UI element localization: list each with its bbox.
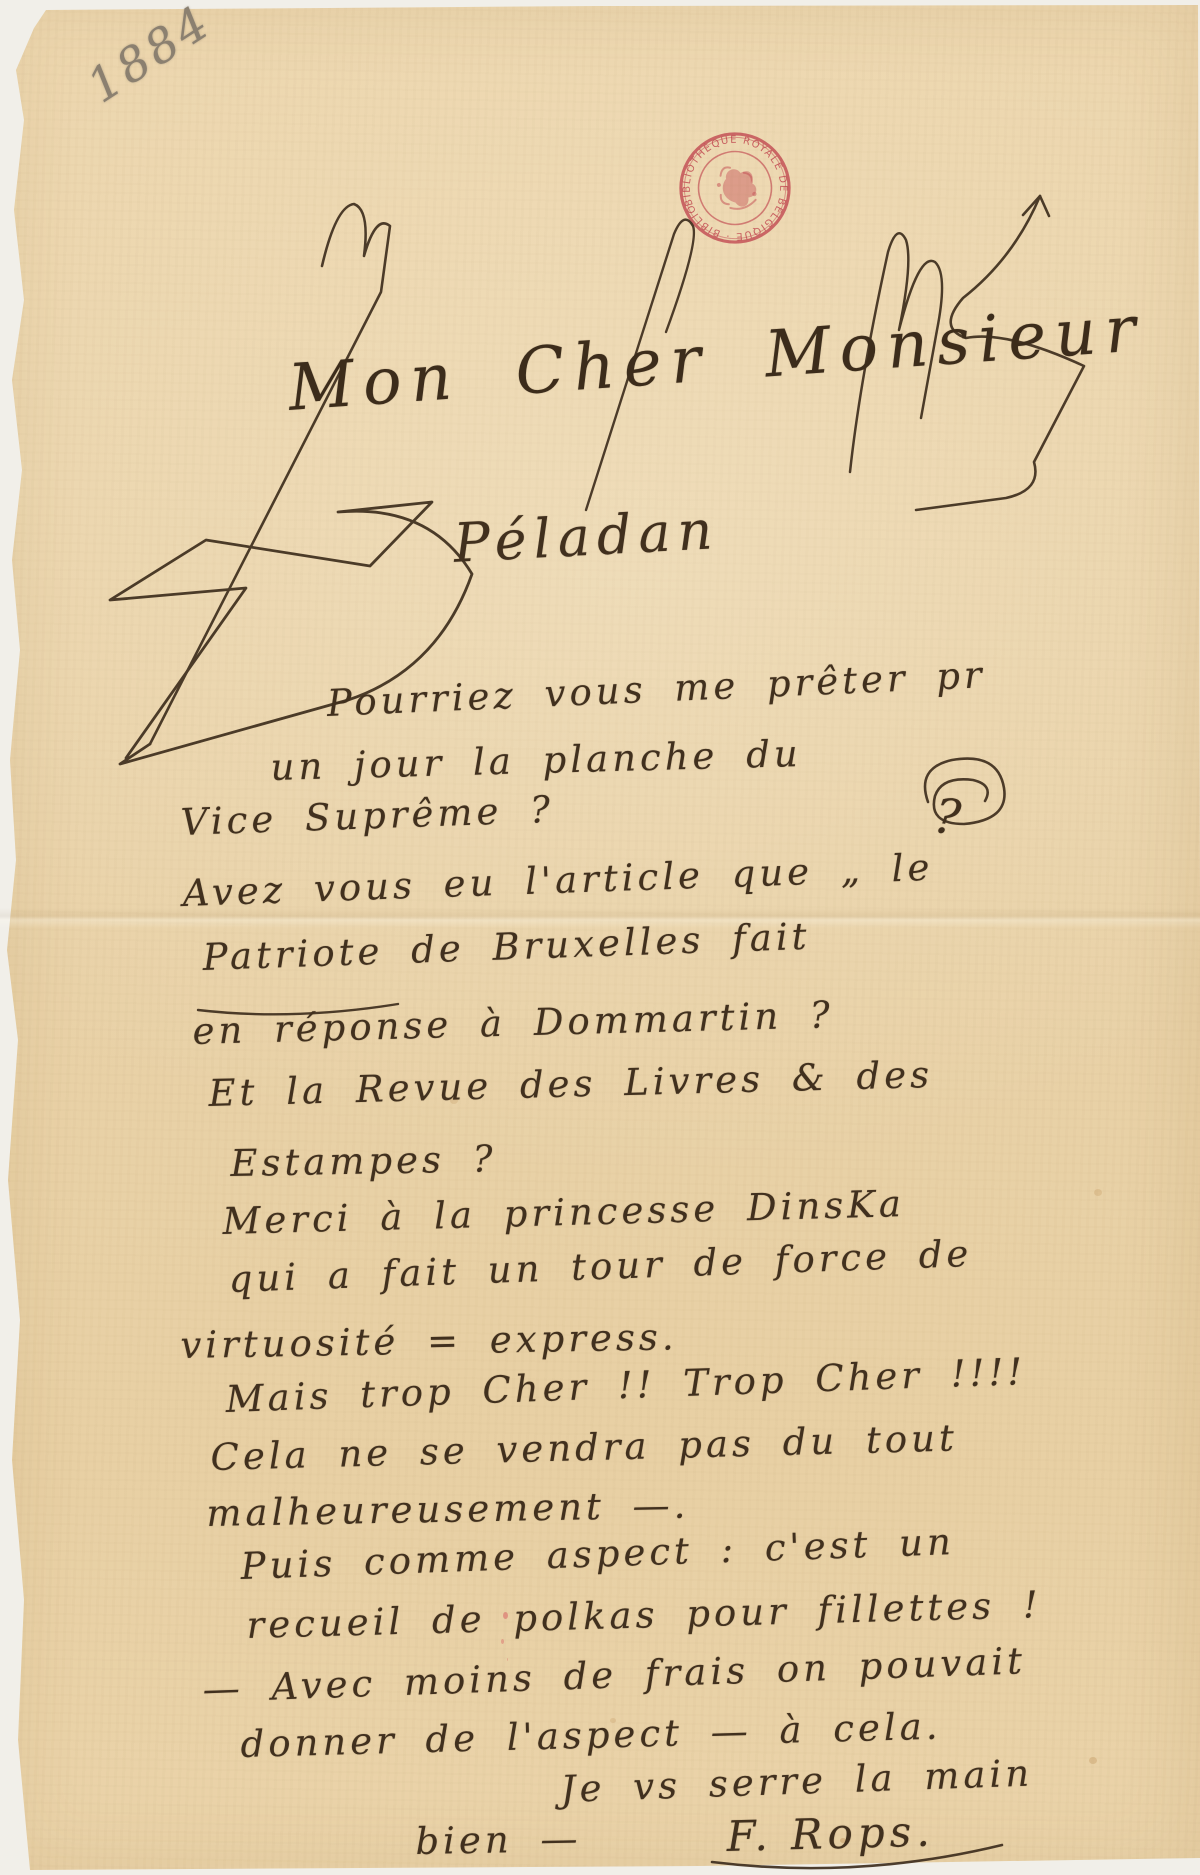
letter-line-14: malheureusement —. <box>206 1484 690 1535</box>
letter-line-8: Estampes ? <box>230 1137 497 1185</box>
signature: F. Rops. <box>726 1807 935 1861</box>
scanned-letter-page: 1884 BIBLIOTHÈQUE ROYALE DE BELGIQUE · B… <box>0 0 1200 1875</box>
closing-prefix: bien — <box>415 1817 582 1863</box>
letter-line-11: virtuosité = express. <box>180 1315 678 1367</box>
stamp-lion-emblem <box>711 159 763 214</box>
